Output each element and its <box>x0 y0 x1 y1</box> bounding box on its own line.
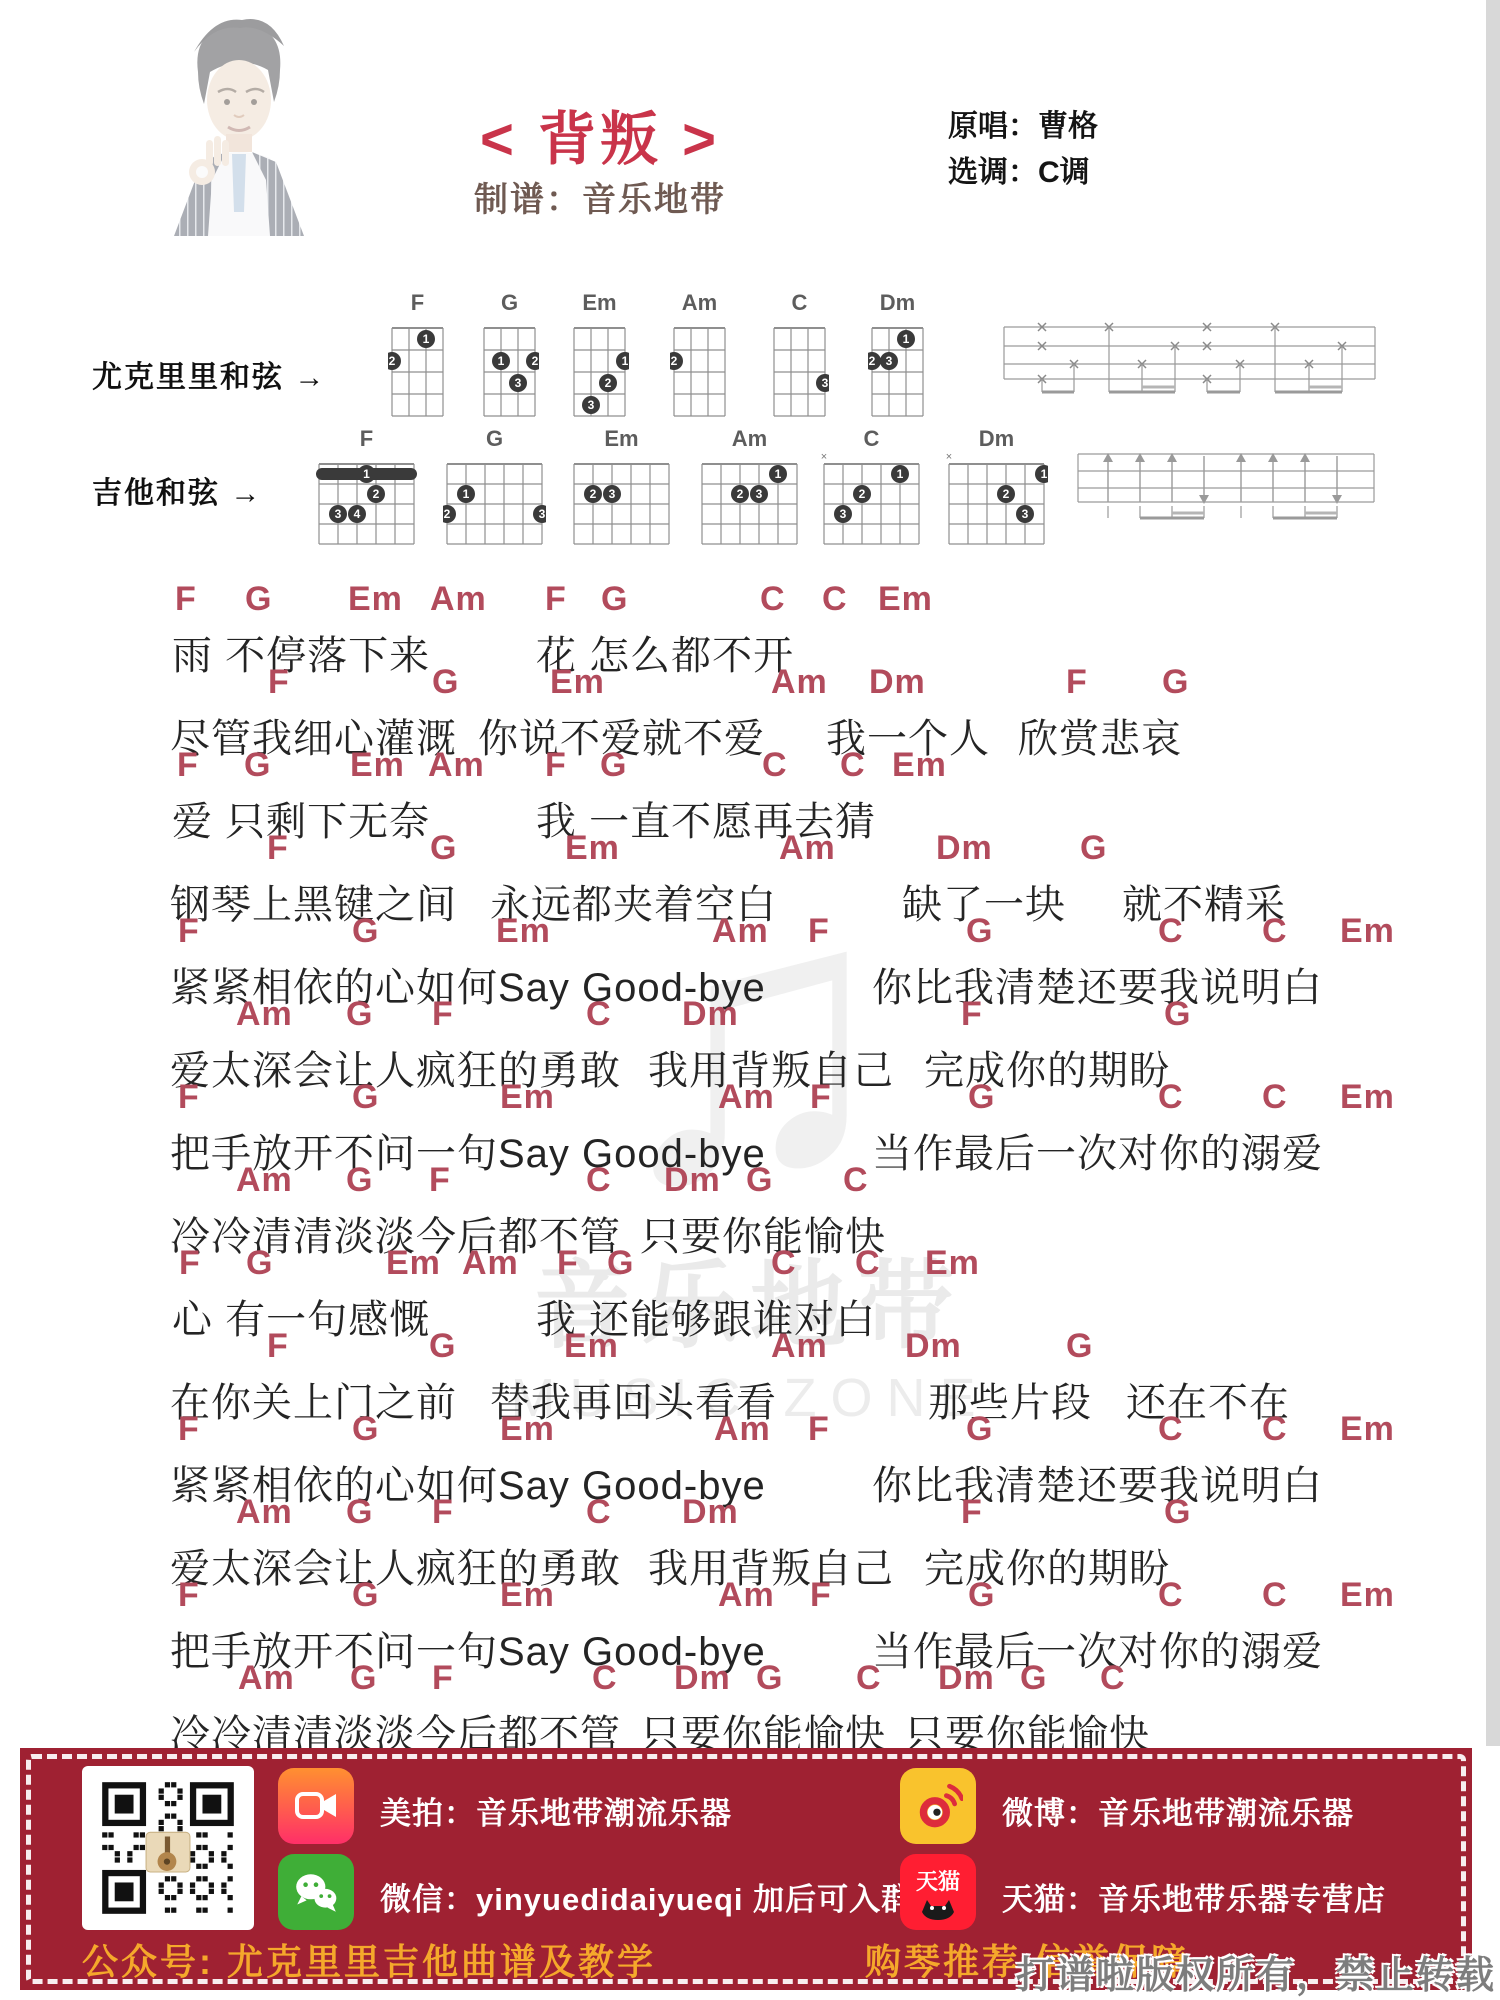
chord-label: Dm <box>674 1659 731 1698</box>
chord-label: Em <box>925 1244 980 1283</box>
chord-label: C <box>760 580 786 619</box>
chord-name: F <box>388 290 447 316</box>
chord-label: G <box>430 829 457 868</box>
lyric-text: 完成你的期盼 <box>924 1537 1170 1594</box>
chord-label: F <box>177 746 199 785</box>
chord-label: Am <box>718 1078 775 1117</box>
chord-label: C <box>1262 1576 1288 1615</box>
svg-text:3: 3 <box>588 398 595 412</box>
chord-label: G <box>1162 663 1189 702</box>
key-info: 选调：C调 <box>948 150 1098 196</box>
chord-label: G <box>601 580 628 619</box>
lyric-text: 只要你能愉快 <box>640 1205 886 1262</box>
wechat-text: 微信：yinyuedidaiyueqi 加后可入群 <box>380 1874 913 1919</box>
chord-label: C <box>762 746 788 785</box>
svg-text:3: 3 <box>886 354 893 368</box>
chord-label: F <box>961 1493 983 1532</box>
chord-label: G <box>346 1493 373 1532</box>
svg-text:2: 2 <box>671 354 678 368</box>
chord-label: F <box>178 1410 200 1449</box>
lyric-text: 钢琴上黑键之间 <box>170 873 457 930</box>
original-singer: 原唱：曹格 <box>948 104 1098 150</box>
chord-label: C <box>586 1493 612 1532</box>
svg-text:1: 1 <box>363 467 370 481</box>
svg-text:3: 3 <box>515 376 522 390</box>
chord-label: Em <box>565 829 620 868</box>
chord-label: G <box>346 995 373 1034</box>
svg-text:2: 2 <box>444 507 451 521</box>
chord-label: G <box>246 1244 273 1283</box>
chord-label: Dm <box>936 829 993 868</box>
lyric-text: 你比我清楚还要我说明白 <box>872 1454 1323 1511</box>
svg-text:3: 3 <box>840 507 847 521</box>
qr-code <box>82 1766 254 1930</box>
chord-name: Am <box>670 290 729 316</box>
svg-text:2: 2 <box>373 487 380 501</box>
chord-label: F <box>175 580 197 619</box>
song-meta: 原唱：曹格 选调：C调 <box>948 104 1098 196</box>
chord-label: G <box>1164 995 1191 1034</box>
guitar-strum-pattern <box>1076 444 1376 530</box>
chord-label: F <box>178 1078 200 1117</box>
guitar-chord-diagram: 1234 <box>315 452 418 557</box>
chord-label: G <box>346 1161 373 1200</box>
chord-label: F <box>178 1576 200 1615</box>
chord-label: Em <box>1340 912 1395 951</box>
svg-text:1: 1 <box>897 467 904 481</box>
guitar-chord-diagram: 123 <box>698 452 801 557</box>
chord-label: F <box>557 1244 579 1283</box>
chord-name: C <box>820 426 923 452</box>
chord-label: Em <box>1340 1576 1395 1615</box>
svg-text:2: 2 <box>532 354 539 368</box>
weibo-icon <box>900 1768 976 1844</box>
svg-text:3: 3 <box>822 376 829 390</box>
chord-label: C <box>586 995 612 1034</box>
chord-label: Em <box>564 1327 619 1366</box>
svg-text:2: 2 <box>859 487 866 501</box>
ukulele-strum-pattern <box>1002 314 1377 402</box>
chord-label: G <box>432 663 459 702</box>
guitar-chord-diagram: 123 <box>443 452 546 557</box>
ukulele-chord-diagram: 231 <box>868 316 927 429</box>
chord-label: C <box>855 1244 881 1283</box>
chord-name: G <box>480 290 539 316</box>
chord-name: C <box>770 290 829 316</box>
svg-text:2: 2 <box>389 354 396 368</box>
lyric-text: 当作最后一次对你的溺爱 <box>872 1122 1323 1179</box>
weibo-text: 微博：音乐地带潮流乐器 <box>1002 1788 1354 1833</box>
copyright-watermark: 打谱啦版权所有，禁止转载 <box>1016 1944 1496 1999</box>
chord-label: Am <box>718 1576 775 1615</box>
chord-name: Em <box>570 290 629 316</box>
chord-label: C <box>1262 912 1288 951</box>
guitar-chords-label: 吉他和弦 → <box>92 468 262 512</box>
chord-label: Am <box>462 1244 519 1283</box>
public-account-text: 公众号: 尤克里里吉他曲谱及教学 <box>82 1934 656 1985</box>
svg-text:1: 1 <box>1041 467 1048 481</box>
svg-text:3: 3 <box>335 507 342 521</box>
page-edge-strip <box>1486 0 1500 1746</box>
svg-text:2: 2 <box>869 354 876 368</box>
chord-name: Dm <box>868 290 927 316</box>
chord-label: Am <box>236 1493 293 1532</box>
chord-label: Em <box>1340 1078 1395 1117</box>
wechat-icon <box>278 1854 354 1930</box>
chord-label: Am <box>771 1327 828 1366</box>
chord-label: F <box>432 1493 454 1532</box>
chord-label: C <box>840 746 866 785</box>
guitar-chord-diagram: ×123 <box>820 452 923 557</box>
chord-label: G <box>966 1410 993 1449</box>
chord-label: C <box>1158 1410 1184 1449</box>
chord-label: Am <box>779 829 836 868</box>
chord-label: C <box>1158 1576 1184 1615</box>
chord-name: F <box>315 426 418 452</box>
svg-text:×: × <box>821 452 827 463</box>
chord-label: F <box>267 829 289 868</box>
svg-text:1: 1 <box>775 467 782 481</box>
chord-label: C <box>586 1161 612 1200</box>
ukulele-chords-label: 尤克里里和弦 → <box>92 352 326 396</box>
chord-label: Em <box>350 746 405 785</box>
chord-label: F <box>545 580 567 619</box>
chord-label: Em <box>1340 1410 1395 1449</box>
chord-label: C <box>1262 1410 1288 1449</box>
lyric-text: 雨 不停落下来 <box>172 624 430 681</box>
tmall-icon: 天猫 <box>900 1854 976 1930</box>
lyric-text: 尽管我细心灌溉 <box>170 707 457 764</box>
svg-text:1: 1 <box>622 354 629 368</box>
chord-label: Em <box>892 746 947 785</box>
chord-label: C <box>1158 1078 1184 1117</box>
svg-text:1: 1 <box>423 332 430 346</box>
chord-label: C <box>1100 1659 1126 1698</box>
tmall-text: 天猫：音乐地带乐器专营店 <box>1002 1874 1386 1919</box>
chord-name: G <box>443 426 546 452</box>
chord-label: F <box>267 1327 289 1366</box>
svg-text:1: 1 <box>463 487 470 501</box>
chord-label: Em <box>500 1576 555 1615</box>
chord-label: Am <box>428 746 485 785</box>
chord-label: F <box>429 1161 451 1200</box>
chord-label: F <box>432 995 454 1034</box>
lyric-text: 欣赏悲哀 <box>1018 707 1182 764</box>
ukulele-chord-diagram: 123 <box>570 316 629 429</box>
chord-label: F <box>545 746 567 785</box>
chord-label: G <box>1080 829 1107 868</box>
chord-label: Am <box>430 580 487 619</box>
chord-label: Am <box>238 1659 295 1698</box>
svg-text:2: 2 <box>1003 487 1010 501</box>
chord-label: G <box>350 1659 377 1698</box>
chord-label: G <box>746 1161 773 1200</box>
lyric-text: 心 有一句感慨 <box>172 1288 430 1345</box>
chord-label: G <box>352 912 379 951</box>
chord-label: F <box>961 995 983 1034</box>
svg-text:2: 2 <box>590 487 597 501</box>
chord-label: C <box>1262 1078 1288 1117</box>
chord-label: G <box>607 1244 634 1283</box>
chord-label: F <box>178 912 200 951</box>
chord-label: F <box>810 1078 832 1117</box>
chord-label: Dm <box>938 1659 995 1698</box>
qr-code-image <box>98 1778 238 1918</box>
chord-label: G <box>966 912 993 951</box>
chord-label: C <box>843 1161 869 1200</box>
chord-label: C <box>592 1659 618 1698</box>
chord-label: C <box>771 1244 797 1283</box>
chord-label: Em <box>550 663 605 702</box>
chord-label: Dm <box>869 663 926 702</box>
chord-label: F <box>432 1659 454 1698</box>
meipai-icon <box>278 1768 354 1844</box>
chord-label: Em <box>348 580 403 619</box>
chord-label: F <box>1066 663 1088 702</box>
chord-label: Am <box>714 1410 771 1449</box>
ukulele-chord-diagram: 2 <box>670 316 729 429</box>
chord-label: G <box>245 580 272 619</box>
meipai-text: 美拍：音乐地带潮流乐器 <box>380 1788 732 1833</box>
chord-label: Em <box>500 1078 555 1117</box>
svg-text:3: 3 <box>539 507 546 521</box>
ukulele-chord-diagram: 123 <box>480 316 539 429</box>
chord-label: Em <box>386 1244 441 1283</box>
svg-text:3: 3 <box>1022 507 1029 521</box>
chord-label: Em <box>500 1410 555 1449</box>
chord-label: Dm <box>664 1161 721 1200</box>
svg-text:2: 2 <box>737 487 744 501</box>
ukulele-chord-diagram: 21 <box>388 316 447 429</box>
chord-label: G <box>968 1576 995 1615</box>
svg-text:3: 3 <box>756 487 763 501</box>
chord-label: G <box>352 1410 379 1449</box>
svg-text:1: 1 <box>903 332 910 346</box>
chord-label: C <box>856 1659 882 1698</box>
chord-label: G <box>1020 1659 1047 1698</box>
chord-label: F <box>810 1576 832 1615</box>
chord-label: F <box>268 663 290 702</box>
ukulele-chord-diagram: 3 <box>770 316 829 429</box>
chord-label: G <box>756 1659 783 1698</box>
chord-sheet-page: ♫ 音乐地带 MUSIC ZONE <box>0 0 1500 2000</box>
chord-label: C <box>822 580 848 619</box>
lyric-text: 爱 只剩下无奈 <box>172 790 430 847</box>
chord-label: G <box>352 1078 379 1117</box>
chord-label: C <box>1158 912 1184 951</box>
chord-label: Am <box>236 1161 293 1200</box>
lyric-text: 在你关上门之前 <box>170 1371 457 1428</box>
chord-label: Em <box>496 912 551 951</box>
chord-label: Em <box>878 580 933 619</box>
chord-label: G <box>352 1576 379 1615</box>
chord-label: F <box>808 1410 830 1449</box>
guitar-chord-diagram: 23 <box>570 452 673 557</box>
chord-label: Dm <box>682 995 739 1034</box>
chord-label: G <box>244 746 271 785</box>
lyric-text: 你比我清楚还要我说明白 <box>872 956 1323 1013</box>
chord-label: Am <box>712 912 769 951</box>
guitar-chord-diagram: ×123 <box>945 452 1048 557</box>
svg-text:2: 2 <box>605 376 612 390</box>
chord-name: Em <box>570 426 673 452</box>
chord-label: Dm <box>905 1327 962 1366</box>
svg-text:1: 1 <box>498 354 505 368</box>
chord-label: Am <box>236 995 293 1034</box>
chord-label: G <box>968 1078 995 1117</box>
tmall-icon-label: 天猫 <box>916 1870 960 1894</box>
chord-name: Dm <box>945 426 1048 452</box>
svg-text:3: 3 <box>609 487 616 501</box>
chord-label: G <box>1066 1327 1093 1366</box>
chord-label: F <box>808 912 830 951</box>
chord-name: Am <box>698 426 801 452</box>
chord-label: G <box>600 746 627 785</box>
chord-label: F <box>179 1244 201 1283</box>
chord-label: Am <box>771 663 828 702</box>
svg-text:4: 4 <box>354 507 361 521</box>
chord-label: G <box>1164 1493 1191 1532</box>
chord-label: G <box>429 1327 456 1366</box>
lyric-text: 那些片段 <box>928 1371 1092 1428</box>
lyric-text: 完成你的期盼 <box>924 1039 1170 1096</box>
svg-text:×: × <box>946 452 952 463</box>
chord-label: Dm <box>682 1493 739 1532</box>
